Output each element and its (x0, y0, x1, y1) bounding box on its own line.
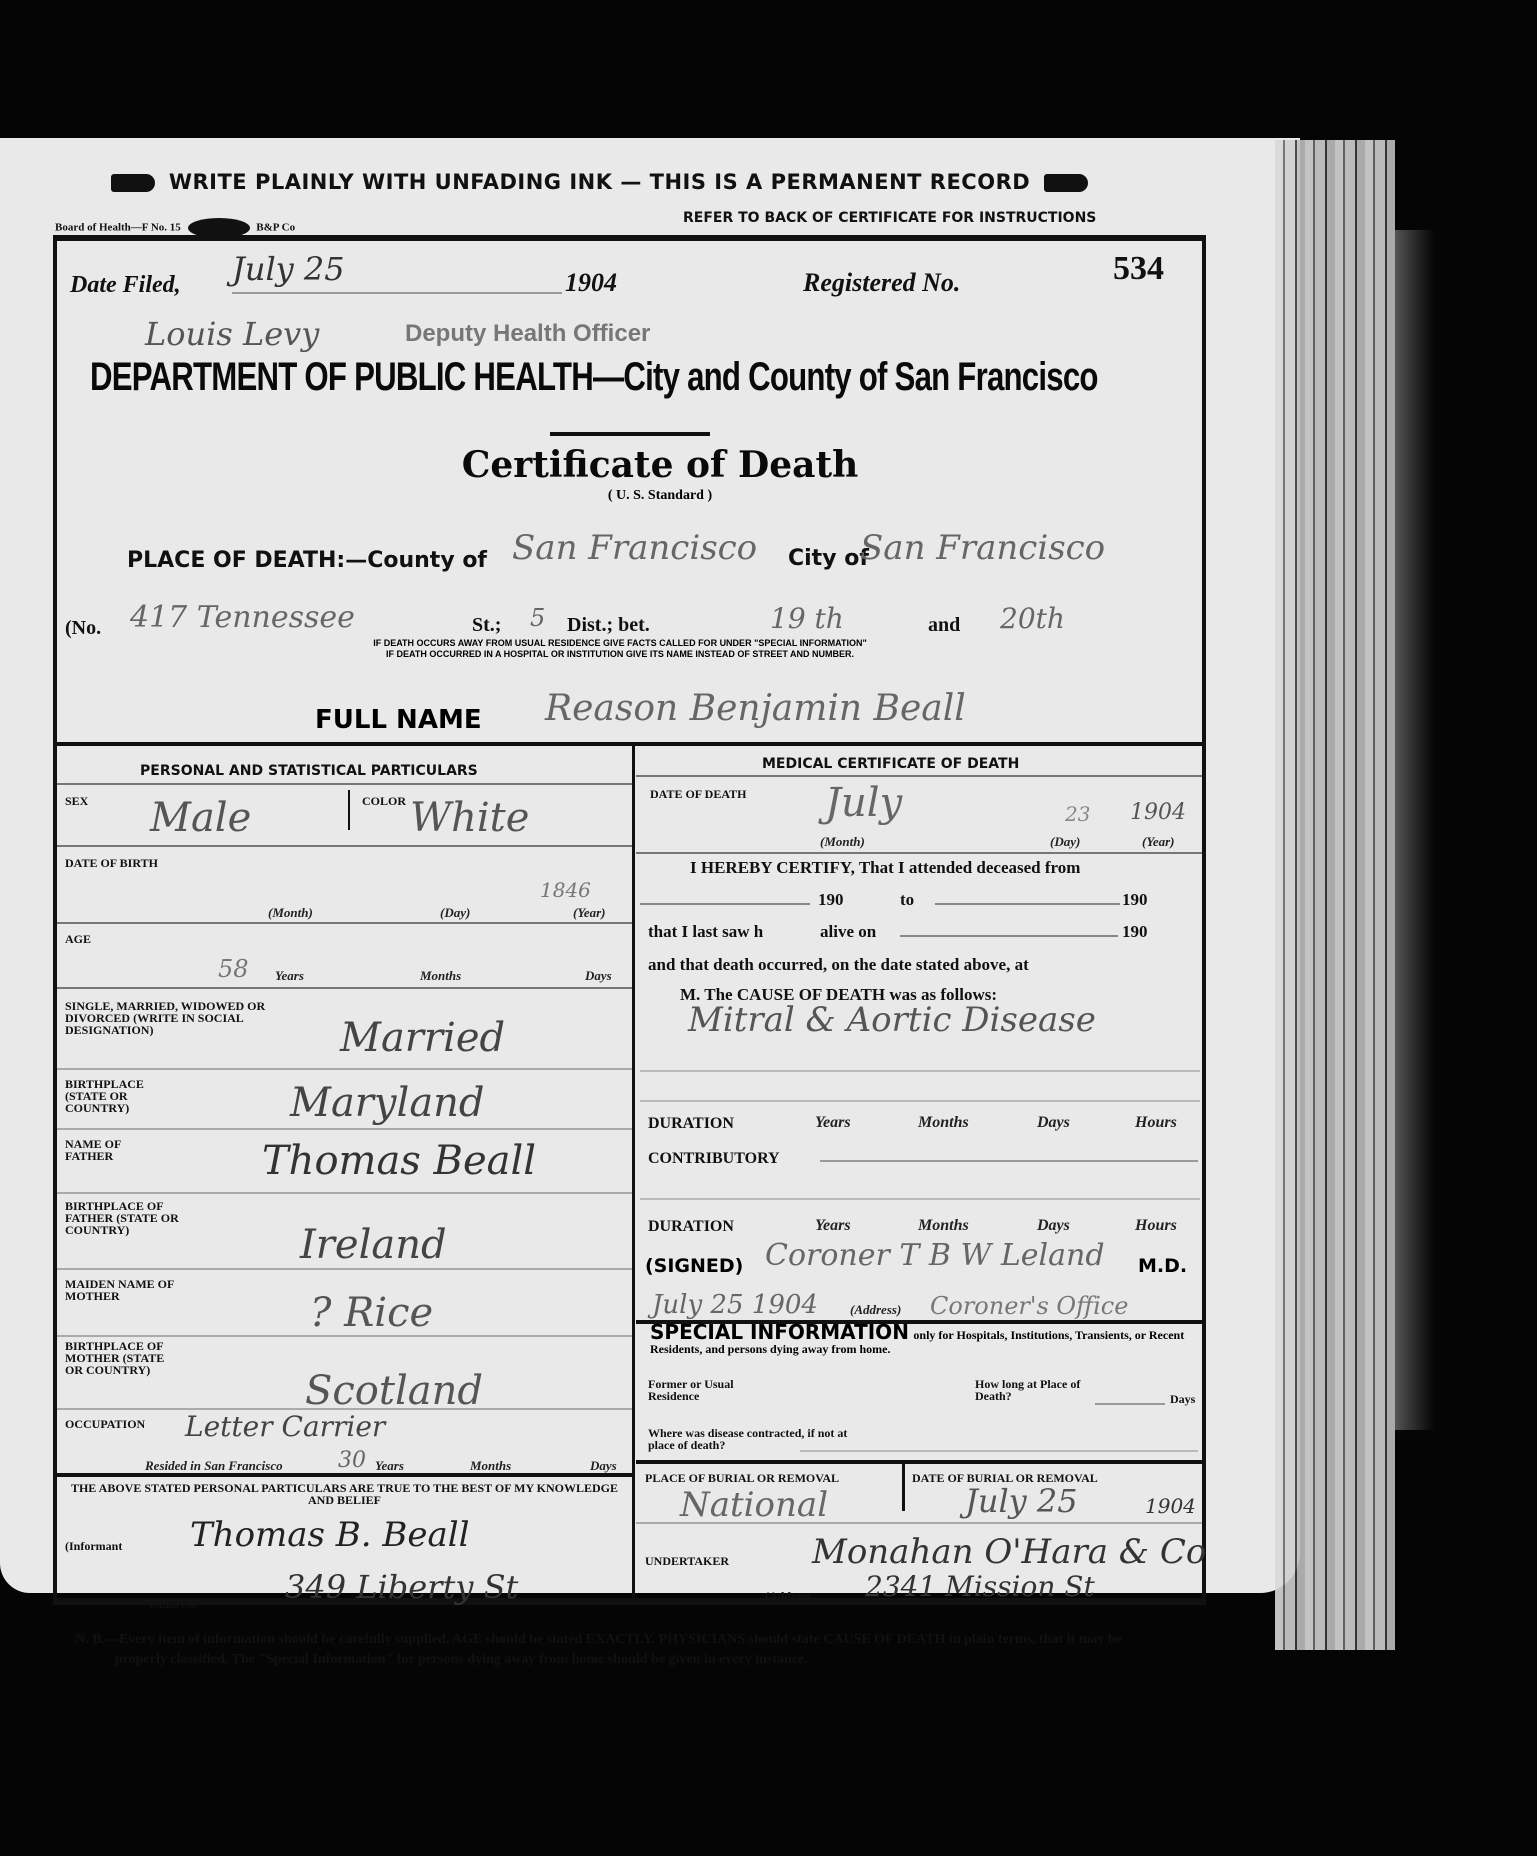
birthplace-label: BIRTHPLACE (State or Country) (65, 1078, 185, 1114)
pointing-hand-icon (111, 174, 155, 192)
duration-years-label-1: Years (815, 1114, 851, 1132)
book-page-edges (1275, 140, 1395, 1650)
burial-year: 1904 (1145, 1494, 1196, 1518)
date-filed-year: 1904 (565, 268, 617, 298)
father-birthplace-label: BIRTHPLACE OF FATHER (State or Country) (65, 1200, 185, 1236)
dob-label: DATE OF BIRTH (65, 857, 158, 869)
signed-value: Coroner T B W Leland (765, 1238, 1105, 1273)
marital-label: SINGLE, MARRIED, WIDOWED OR DIVORCED (Wr… (65, 1000, 285, 1036)
informant-address-label: (Address (150, 1598, 196, 1610)
age-years-value: 58 (218, 955, 249, 983)
district-label: Dist.; bet. (567, 614, 650, 637)
dob-day-label: (Day) (440, 905, 470, 921)
date-of-death-month: July (825, 780, 902, 826)
duration-days-label-2: Days (1037, 1217, 1070, 1235)
marital-value: Married (340, 1015, 505, 1061)
burial-date-value: July 25 (965, 1482, 1078, 1520)
residence-note-2: IF DEATH OCCURRED IN A HOSPITAL OR INSTI… (205, 649, 1035, 660)
street-label: St.; (472, 614, 501, 637)
cause-of-death-value: Mitral & Aortic Disease (688, 1000, 1096, 1040)
special-info-heading: SPECIAL INFORMATION only for Hospitals, … (650, 1325, 1200, 1356)
disease-contracted-label: Where was disease contracted, if not at … (648, 1427, 858, 1451)
department-title: DEPARTMENT OF PUBLIC HEALTH—City and Cou… (90, 355, 1098, 400)
former-residence-label: Former or Usual Residence (648, 1378, 748, 1402)
between-street-2: 20th (1000, 602, 1065, 635)
signed-label: (SIGNED) (645, 1255, 743, 1277)
resided-months-label: Months (470, 1458, 511, 1474)
duration-months-label-2: Months (918, 1217, 969, 1235)
how-long-label: How long at Place of Death? (975, 1378, 1085, 1402)
md-label: M.D. (1138, 1255, 1187, 1277)
age-months-label: Months (420, 968, 461, 984)
undertaker-address: 2341 Mission St (865, 1570, 1095, 1603)
birthplace-value: Maryland (290, 1080, 485, 1126)
special-info-title: SPECIAL INFORMATION (650, 1320, 909, 1344)
officer-title: Deputy Health Officer (405, 320, 650, 348)
informant-label: (Informant (65, 1540, 122, 1552)
street-no-label: (No. (65, 617, 101, 640)
county-value: San Francisco (512, 528, 757, 568)
personal-section-title: PERSONAL AND STATISTICAL PARTICULARS (140, 763, 478, 779)
burial-place-label: PLACE OF BURIAL OR REMOVAL (645, 1472, 839, 1484)
dod-year-label: (Year) (1142, 834, 1175, 850)
district-value: 5 (530, 604, 545, 632)
residence-note-1: IF DEATH OCCURS AWAY FROM USUAL RESIDENC… (205, 638, 1035, 649)
informant-address: 349 Liberty St (285, 1568, 518, 1606)
contributory-label: CONTRIBUTORY (648, 1150, 780, 1168)
father-value: Thomas Beall (262, 1138, 536, 1184)
dob-year-value: 1846 (540, 878, 591, 902)
resided-label: Resided in San Francisco (145, 1458, 283, 1474)
duration-years-label-2: Years (815, 1217, 851, 1235)
alive-on-label: alive on (820, 922, 876, 942)
signer-address: Coroner's Office (930, 1292, 1128, 1320)
alive-on-year: 190 (1122, 922, 1148, 942)
color-label: COLOR (362, 795, 406, 807)
residence-note: IF DEATH OCCURS AWAY FROM USUAL RESIDENC… (205, 638, 1035, 660)
resided-years-value: 30 (338, 1448, 366, 1473)
mother-label: MAIDEN NAME OF MOTHER (65, 1278, 185, 1302)
occupation-value: Letter Carrier (185, 1410, 385, 1443)
place-of-death-label: PLACE OF DEATH:—County of (127, 548, 487, 573)
father-birthplace-value: Ireland (300, 1222, 447, 1268)
death-occurred-label: and that death occurred, on the date sta… (648, 955, 1029, 975)
signed-date: July 25 1904 (652, 1290, 818, 1320)
age-years-label: Years (275, 968, 304, 984)
pointing-hand-icon (1044, 174, 1088, 192)
refer-instructions: REFER TO BACK OF CERTIFICATE FOR INSTRUC… (683, 210, 1096, 226)
mother-birthplace-label: BIRTHPLACE OF MOTHER (State or Country) (65, 1340, 185, 1376)
standard-label: ( U. S. Standard ) (400, 488, 920, 504)
dod-month-label: (Month) (820, 834, 865, 850)
date-of-death-label: DATE OF DEATH (650, 788, 746, 800)
sex-value: Male (150, 795, 251, 841)
color-value: White (410, 795, 529, 841)
undertaker-label: UNDERTAKER (645, 1555, 729, 1567)
duration-days-label-1: Days (1037, 1114, 1070, 1132)
street-value: 417 Tennessee (130, 600, 355, 635)
sex-label: SEX (65, 795, 88, 807)
book-spine-shadow (1395, 230, 1435, 1430)
signer-address-label: (Address) (850, 1302, 901, 1318)
age-label: AGE (65, 933, 91, 945)
dob-year-label: (Year) (573, 905, 606, 921)
officer-signature: Louis Levy (145, 315, 319, 353)
warning-text: WRITE PLAINLY WITH UNFADING INK — THIS I… (169, 170, 1030, 194)
duration-months-label-1: Months (918, 1114, 969, 1132)
ink-warning: WRITE PLAINLY WITH UNFADING INK — THIS I… (105, 170, 1094, 194)
duration-label-1: DURATION (648, 1115, 734, 1133)
age-days-label: Days (585, 968, 612, 984)
date-of-death-day: 23 (1065, 802, 1090, 826)
dob-month-label: (Month) (268, 905, 313, 921)
footnote: N. B.—Every item of information should b… (75, 1630, 1160, 1670)
full-name-label: FULL NAME (315, 705, 482, 735)
father-label: NAME OF FATHER (65, 1138, 155, 1162)
dod-day-label: (Day) (1050, 834, 1080, 850)
date-of-death-year: 1904 (1130, 800, 1186, 825)
burial-place-value: National (680, 1485, 828, 1525)
printer: B&P Co (256, 222, 295, 234)
and-label: and (928, 614, 960, 637)
between-street-1: 19 th (770, 602, 844, 635)
undertaker-value: Monahan O'Hara & Co (812, 1532, 1206, 1572)
certify-statement: I HEREBY CERTIFY, That I attended deceas… (690, 858, 1080, 878)
mother-value: ? Rice (310, 1290, 433, 1336)
duration-hours-label-1: Hours (1135, 1114, 1177, 1132)
registered-number: 534 (1113, 250, 1164, 288)
duration-hours-label-2: Hours (1135, 1217, 1177, 1235)
duration-label-2: DURATION (648, 1218, 734, 1236)
certificate-title: Certificate of Death (400, 444, 920, 486)
resided-years-label: Years (375, 1458, 404, 1474)
last-saw-label: that I last saw h (648, 922, 763, 942)
attended-from-year: 190 (818, 890, 844, 910)
registered-label: Registered No. (803, 268, 960, 298)
undertaker-address-label: (Address (765, 1590, 811, 1602)
occupation-label: OCCUPATION (65, 1418, 145, 1430)
form-number: Board of Health—F No. 15 (55, 222, 181, 234)
date-filed-label: Date Filed, (70, 272, 181, 299)
informant-name: Thomas B. Beall (190, 1515, 470, 1555)
how-long-days-label: Days (1170, 1393, 1195, 1405)
attended-to-label: to (900, 890, 914, 910)
city-label: City of (788, 546, 869, 571)
medical-section-title: MEDICAL CERTIFICATE OF DEATH (762, 756, 1019, 772)
attended-to-year: 190 (1122, 890, 1148, 910)
city-value: San Francisco (860, 528, 1105, 568)
informant-statement: THE ABOVE STATED PERSONAL PARTICULARS AR… (62, 1482, 627, 1506)
full-name-value: Reason Benjamin Beall (545, 688, 966, 729)
resided-days-label: Days (590, 1458, 617, 1474)
date-filed-value: July 25 (232, 250, 345, 288)
